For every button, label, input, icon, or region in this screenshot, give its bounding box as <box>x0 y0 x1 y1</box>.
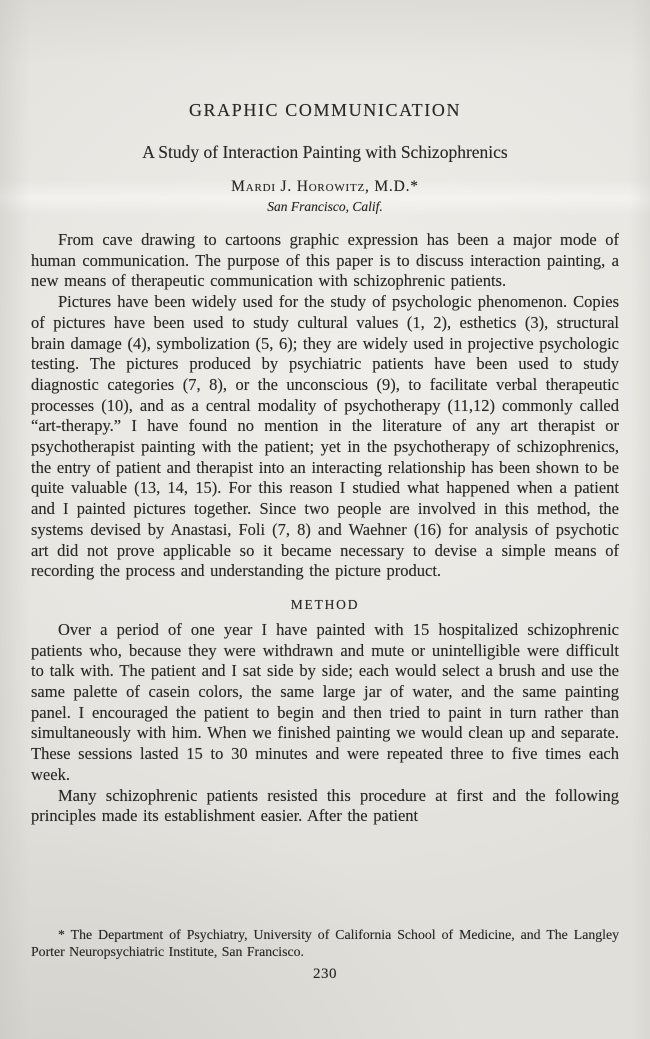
author-location: San Francisco, Calif. <box>31 199 619 215</box>
scanned-page: GRAPHIC COMMUNICATION A Study of Interac… <box>0 0 650 1039</box>
intro-paragraph: From cave drawing to cartoons graphic ex… <box>31 230 619 292</box>
footnote: * The Department of Psychiatry, Universi… <box>31 926 619 961</box>
author-byline: Mardi J. Horowitz, M.D.* <box>31 178 619 196</box>
section-heading-method: METHOD <box>31 597 619 613</box>
page-number: 230 <box>31 966 619 983</box>
method-paragraph: Many schizophrenic patients resisted thi… <box>31 786 619 827</box>
intro-paragraph: Pictures have been widely used for the s… <box>31 292 619 582</box>
article-content: GRAPHIC COMMUNICATION A Study of Interac… <box>31 0 619 827</box>
article-title: GRAPHIC COMMUNICATION <box>31 0 619 121</box>
method-paragraph: Over a period of one year I have painted… <box>31 620 619 786</box>
article-subtitle: A Study of Interaction Painting with Sch… <box>31 142 619 163</box>
page-footer: * The Department of Psychiatry, Universi… <box>31 926 619 983</box>
